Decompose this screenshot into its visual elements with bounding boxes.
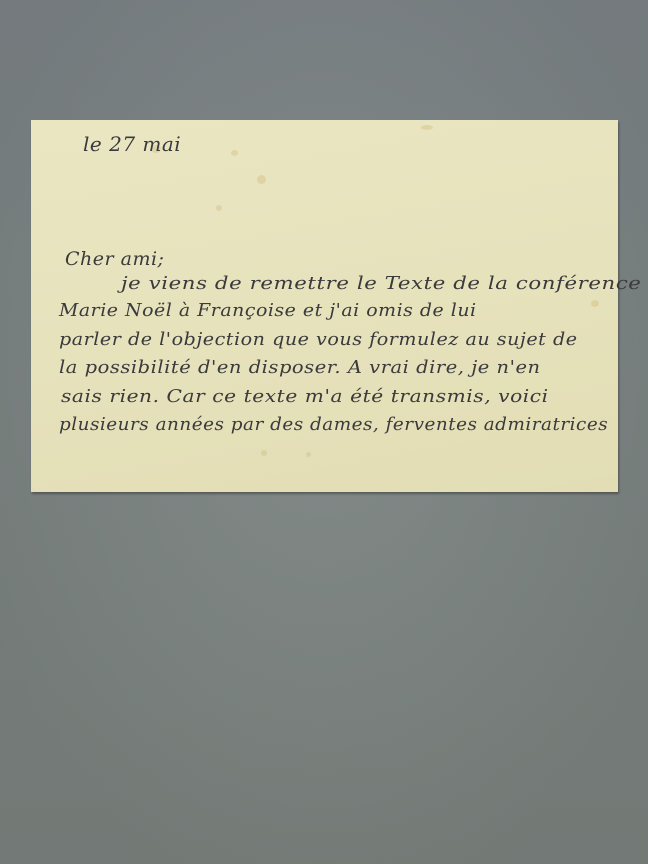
paper-stain	[306, 452, 311, 457]
paper-stain	[591, 300, 599, 307]
letter-salutation: Cher ami;	[65, 248, 164, 270]
letter-body-line: sais rien. Car ce texte m'a été transmis…	[61, 386, 549, 407]
letter-body-line: je viens de remettre le Texte de la conf…	[121, 273, 648, 294]
letter-date: le 27 mai	[83, 132, 181, 156]
paper-stain	[231, 150, 238, 156]
paper-stain	[216, 205, 222, 211]
letter-body-line: parler de l'objection que vous formulez …	[59, 329, 578, 350]
paper-stain	[421, 125, 433, 130]
letter-body-line: Marie Noël à Françoise et j'ai omis de l…	[59, 300, 477, 321]
letter-sheet: le 27 mai Cher ami; je viens de remettre…	[31, 120, 618, 492]
paper-stain	[261, 450, 267, 456]
letter-body-line: plusieurs années par des dames, fervente…	[59, 414, 608, 435]
paper-stain	[257, 175, 266, 184]
letter-body-line: la possibilité d'en disposer. A vrai dir…	[59, 357, 541, 378]
